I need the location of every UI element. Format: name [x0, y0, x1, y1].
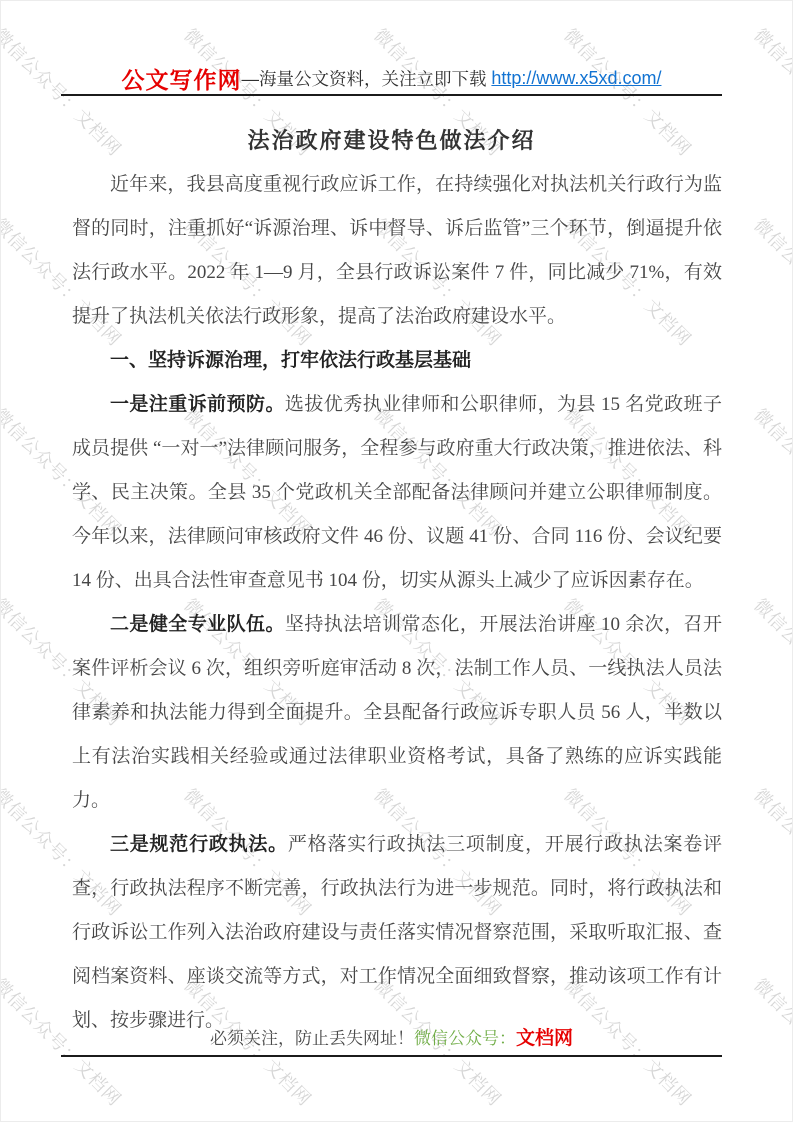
- download-link[interactable]: http://www.x5xd.com/: [491, 68, 661, 88]
- header-tagline: —海量公文资料，关注立即下载: [242, 69, 492, 89]
- footer-account-label: 微信公众号：: [414, 1029, 516, 1048]
- watermark-text: 微信公众号：文档网: [749, 402, 793, 541]
- watermark-text: 微信公众号：文档网: [749, 972, 793, 1111]
- watermark-text: 微信公众号：文档网: [749, 212, 793, 351]
- footer-brand-name: 文档网: [516, 1028, 573, 1049]
- page-footer: 必须关注，防止丢失网址！微信公众号：文档网: [61, 1023, 722, 1050]
- bold-lead-in: 一是注重诉前预防。: [110, 394, 285, 415]
- watermark-text: 微信公众号：文档网: [749, 22, 793, 161]
- bold-lead-in: 三是规范行政执法。: [110, 834, 288, 855]
- watermark-text: 微信公众号：文档网: [749, 782, 793, 921]
- text-run: 近年来，我县高度重视行政应诉工作，在持续强化对执法机关行政行为监督的同时，注重抓…: [72, 174, 722, 327]
- text-run: 严格落实行政执法三项制度，开展行政执法案卷评查，行政执法程序不断完善，行政执法行…: [72, 834, 722, 1031]
- site-brand-name: 公文写作网: [122, 67, 242, 93]
- document-title: 法治政府建设特色做法介绍: [61, 124, 722, 155]
- paragraph: 一是注重诉前预防。选拔优秀执业律师和公职律师，为县 15 名党政班子成员提供 “…: [72, 383, 722, 603]
- paragraph: 二是健全专业队伍。坚持执法培训常态化，开展法治讲座 10 余次，召开案件评析会议…: [72, 603, 722, 823]
- bold-lead-in: 二是健全专业队伍。: [110, 614, 285, 635]
- document-body: 近年来，我县高度重视行政应诉工作，在持续强化对执法机关行政行为监督的同时，注重抓…: [72, 163, 722, 1043]
- bold-lead-in: 一、坚持诉源治理，打牢依法行政基层基础: [110, 350, 471, 371]
- footer-divider: [61, 1055, 722, 1057]
- footer-warning-text: 必须关注，防止丢失网址！: [210, 1029, 414, 1048]
- watermark-text: 微信公众号：文档网: [749, 592, 793, 731]
- text-run: 选拔优秀执业律师和公职律师，为县 15 名党政班子成员提供 “一对一”法律顾问服…: [72, 394, 722, 591]
- paragraph: 三是规范行政执法。严格落实行政执法三项制度，开展行政执法案卷评查，行政执法程序不…: [72, 823, 722, 1043]
- section-heading: 一、坚持诉源治理，打牢依法行政基层基础: [72, 339, 722, 383]
- text-run: 坚持执法培训常态化，开展法治讲座 10 余次，召开案件评析会议 6 次，组织旁听…: [72, 614, 722, 811]
- paragraph: 近年来，我县高度重视行政应诉工作，在持续强化对执法机关行政行为监督的同时，注重抓…: [72, 163, 722, 339]
- page-header: 公文写作网—海量公文资料，关注立即下载 http://www.x5xd.com/: [61, 62, 722, 95]
- header-divider: [61, 94, 722, 96]
